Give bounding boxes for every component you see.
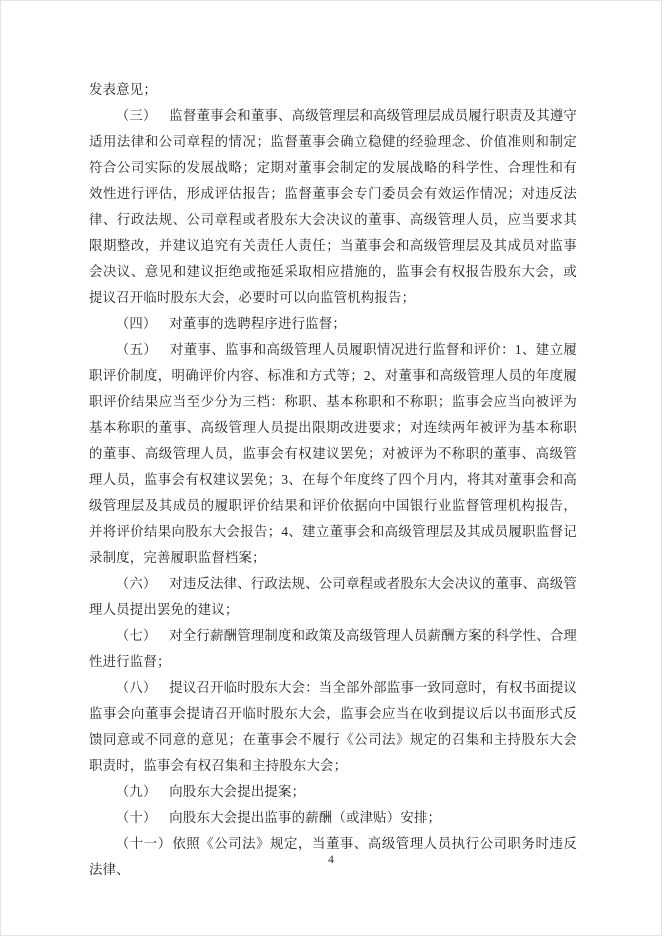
paragraph-item-5: （五）对董事、监事和高级管理人员履职情况进行监督和评价：1、建立履职评价制度，明… (89, 337, 577, 571)
item-text-10: 向股东大会提出监事的薪酬（或津贴）安排； (169, 810, 441, 825)
item-label-9: （九） (116, 784, 157, 799)
item-label-8: （八） (116, 680, 157, 695)
item-label-6: （六） (116, 576, 157, 591)
paragraph-item-7: （七）对全行薪酬管理制度和政策及高级管理人员薪酬方案的科学性、合理性进行监督； (89, 623, 577, 675)
paragraph-item-9: （九）向股东大会提出提案； (89, 779, 577, 805)
item-label-3: （三） (116, 108, 157, 123)
item-text-3: 监督董事会和董事、高级管理层和高级管理层成员履行职责及其遵守适用法律和公司章程的… (89, 108, 577, 305)
item-text-5: 对董事、监事和高级管理人员履职情况进行监督和评价：1、建立履职评价制度，明确评价… (89, 342, 577, 565)
item-label-10: （十） (116, 810, 157, 825)
item-label-7: （七） (116, 628, 157, 643)
document-body: 发表意见； （三）监督董事会和董事、高级管理层和高级管理层成员履行职责及其遵守适… (89, 77, 577, 883)
document-page: 发表意见； （三）监督董事会和董事、高级管理层和高级管理层成员履行职责及其遵守适… (0, 0, 662, 936)
paragraph-item-3: （三）监督董事会和董事、高级管理层和高级管理层成员履行职责及其遵守适用法律和公司… (89, 103, 577, 311)
item-label-11: （十一） (116, 836, 172, 851)
item-text-8: 提议召开临时股东大会：当全部外部监事一致同意时，有权书面提议监事会向董事会提请召… (89, 680, 577, 773)
item-text-6: 对违反法律、行政法规、公司章程或者股东大会决议的董事、高级管理人员提出罢免的建议… (89, 576, 577, 617)
paragraph-item-10: （十）向股东大会提出监事的薪酬（或津贴）安排； (89, 805, 577, 831)
item-label-4: （四） (116, 316, 157, 331)
paragraph-continuation: 发表意见； (89, 77, 577, 103)
paragraph-item-6: （六）对违反法律、行政法规、公司章程或者股东大会决议的董事、高级管理人员提出罢免… (89, 571, 577, 623)
page-number: 4 (0, 854, 662, 866)
paragraph-item-4: （四）对董事的选聘程序进行监督； (89, 311, 577, 337)
paragraph-item-8: （八）提议召开临时股东大会：当全部外部监事一致同意时，有权书面提议监事会向董事会… (89, 675, 577, 779)
item-text-9: 向股东大会提出提案； (169, 784, 305, 799)
item-text-4: 对董事的选聘程序进行监督； (169, 316, 346, 331)
item-label-5: （五） (116, 342, 157, 357)
item-text-7: 对全行薪酬管理制度和政策及高级管理人员薪酬方案的科学性、合理性进行监督； (89, 628, 577, 669)
